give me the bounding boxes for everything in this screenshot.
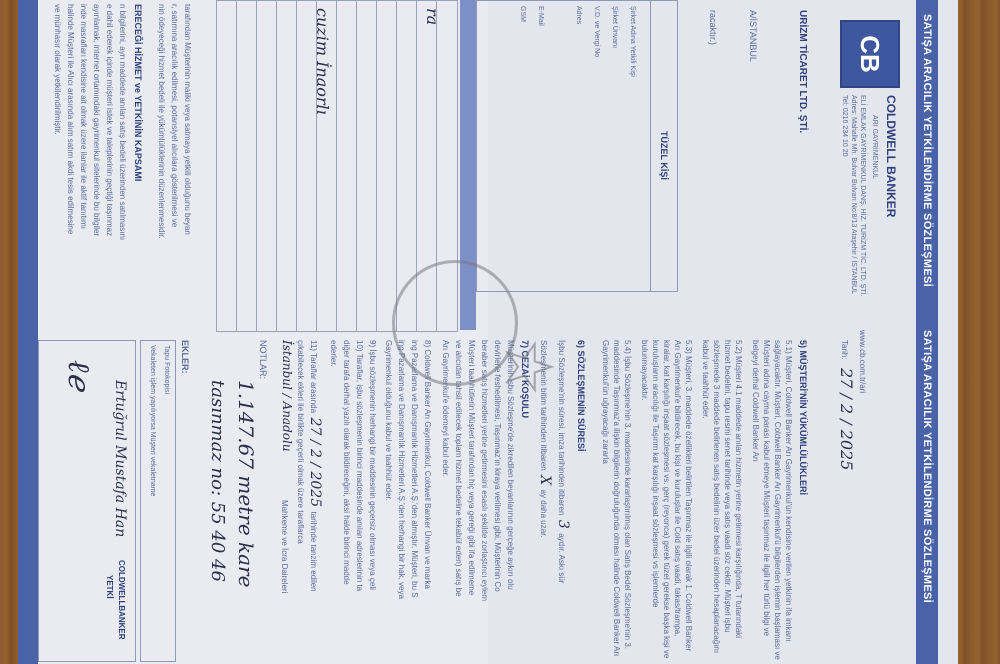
client-signature-name: Ertuğrul Mustafa Han <box>112 380 128 537</box>
legal-entity-table: TÜZEL KİŞİ <box>476 0 678 292</box>
misc-line: Gayrimenkul olduğunu kabul ve taahhüt ed… <box>383 340 394 660</box>
watermark-star-icon: ★ <box>498 340 558 394</box>
scope-intro-line: r, satımına aracılık edilmesi, potansiye… <box>169 4 180 324</box>
signed-date-suffix: tarihinde tanzim edilen <box>309 512 318 592</box>
obligations-heading: 5) MÜŞTERİ'NİN YÜKÜMLÜLÜKLERİ <box>798 340 808 495</box>
document-sheet: SATIŞA ARACILIK YETKİLENDİRME SÖZLEŞMESİ… <box>0 0 1000 664</box>
company-name-partial: URİZM TİCARET LTD. ŞTİ. <box>797 10 808 133</box>
obligations-paragraph-4: 5.4) İşbu Sözleşme'nin 3. maddesinde kar… <box>600 340 633 660</box>
misc-line: ing Pazarlama ve Danışmanlık Hizmetleri … <box>409 340 420 660</box>
agent-signature-sub: YETKİ <box>105 575 114 599</box>
scope-line: ve münhasır olarak yetkilendirilmiştir. <box>52 4 63 324</box>
scope-line: e dahil ederek içinde müşteri istek ve t… <box>104 4 115 324</box>
misc-line-11: 11) Taraflar arasında 27 / 2 / 2025 tari… <box>306 340 324 592</box>
extension-value: X <box>537 475 553 485</box>
attachment-item: Tapu Fotokopisi <box>161 345 172 394</box>
penalty-line: ve alıcıdan tahsil edilecek toplam hizme… <box>453 340 464 660</box>
scope-intro-line: tarafından Müşterinin maliki veya satmay… <box>182 4 193 324</box>
obligations-paragraph-2: 5.2) Müşteri 4.1 maddede anılan hizmetin… <box>700 340 744 660</box>
attachments-label: EKLER: <box>180 340 190 374</box>
misc-line: ing Pazarlama ve Danışmanlık Hizmetleri … <box>396 340 407 660</box>
scope-line: inde masrafları kendisine ait olmak üzer… <box>78 4 89 324</box>
obligations-paragraph-1: 5.1) Müşteri, Coldwell Banker Arı Gayrim… <box>750 340 794 660</box>
misc-line: Mahkeme ve İcra Daireleri <box>279 500 290 593</box>
table-row-label: Adres <box>573 6 584 24</box>
company-note-partial: racaktır.) <box>707 10 718 45</box>
penalty-line: Arı Gayrimenkul'e ödemeyi kabul eder. <box>440 340 451 660</box>
extension-suffix: ay daha uzar. <box>539 490 548 538</box>
scope-line: n bilgilerini, ayrı maddede anılan satış… <box>117 4 128 324</box>
notes-handwritten-parcel: tasınmaz no: 55 40 46 <box>207 380 228 582</box>
table-row-label: V.D. ve Vergi No <box>591 6 602 57</box>
misc-line: diğer tarafa derhal yazılı olarak bildir… <box>341 340 352 660</box>
attachment-item: Vekaleten işlem yapılıyorsa Müşteri veka… <box>147 345 158 496</box>
coldwell-banker-logo-icon: CB <box>840 20 900 88</box>
logo-text: CB <box>855 35 886 73</box>
penalty-line: Müşteri taahhütlerin Müşteri tarafından … <box>466 340 477 660</box>
notes-label: NOTLAR: <box>258 340 268 379</box>
misc-line: 9) İşbu sözleşmenin herhangi bir maddesi… <box>367 340 378 660</box>
scope-heading: ERECEĞİ HİZMET ve YETKİNİN KAPSAMI <box>133 4 143 181</box>
company-city-partial: A/İSTANBUL <box>747 10 758 62</box>
date-value: 27 / 2 / 2025 <box>837 368 856 470</box>
scope-line: ayınlamak, internet ortamındaki gayrimen… <box>91 4 102 324</box>
table-row-label: E-Mail <box>535 6 546 26</box>
legal-entity-table-title: TÜZEL KİŞİ <box>659 131 669 180</box>
bottom-band <box>18 0 38 664</box>
misc-line: çıkabilecek ekleri ile birlikte geçerli … <box>295 340 306 660</box>
signed-place-value: İstanbul / Anadolu <box>280 340 294 452</box>
property-handwritten-2: cuzim İnaorlı <box>313 8 332 115</box>
duration-suffix: aydır. Askı sür <box>557 533 566 583</box>
duration-heading: 6) SÖZLEŞMENİN SÜRESİ <box>576 340 586 452</box>
duration-months-value: 3 <box>555 520 571 529</box>
misc-line: 11) Taraflar arasında <box>309 340 318 413</box>
paper-page: SATIŞA ARACILIK YETKİLENDİRME SÖZLEŞMESİ… <box>18 0 958 664</box>
document-title: SATIŞA ARACILIK YETKİLENDİRME SÖZLEŞMESİ <box>921 330 933 603</box>
signed-date-value: 27 / 2 / 2025 <box>307 418 323 508</box>
brand-website: www.cb.com.tr/ari <box>857 330 868 393</box>
property-handwritten-1: ra <box>423 8 442 25</box>
obligations-paragraph-3: 5.3) Müşteri, 3. maddede özellikleri bel… <box>639 340 694 660</box>
misc-line: 10) Taraflar, işbu sözleşmenin birinci m… <box>354 340 365 660</box>
scope-intro-line: nin ödeyeceği hizmet bedeli ile yükümlül… <box>156 4 167 324</box>
brand-subtitle: ARI GAYRİMENKUL <box>869 115 880 179</box>
brand-phone-line: Tel: 0216 234 10 20 <box>839 95 850 157</box>
penalty-line: beraber satış hizmetleri yerine getirmes… <box>479 340 490 660</box>
document-title-continued: SATIŞA ARACILIK YETKİLENDİRME SÖZLEŞMESİ <box>921 14 933 287</box>
table-row-label: Şirket Adına Yetkili Kişi <box>627 6 638 77</box>
table-row-label: GSM <box>517 6 528 22</box>
agent-signature-label: COLDWELLBANKER <box>117 560 126 640</box>
brand-name: COLDWELL BANKER <box>884 95 898 217</box>
date-label: Tarih: <box>839 340 850 360</box>
scope-line: halinde Müşteri ile Alıcı arasında alım … <box>65 4 76 324</box>
notes-handwritten-area: 1.147.67 metre kare <box>234 380 258 587</box>
misc-line: 8) Coldwell Banker Arı Gayrimenkul, Cold… <box>422 340 433 660</box>
table-row-label: Şirket Ünvanı <box>609 6 620 48</box>
misc-line: ederler. <box>328 340 339 660</box>
client-signature: ℓℯ <box>61 360 96 390</box>
